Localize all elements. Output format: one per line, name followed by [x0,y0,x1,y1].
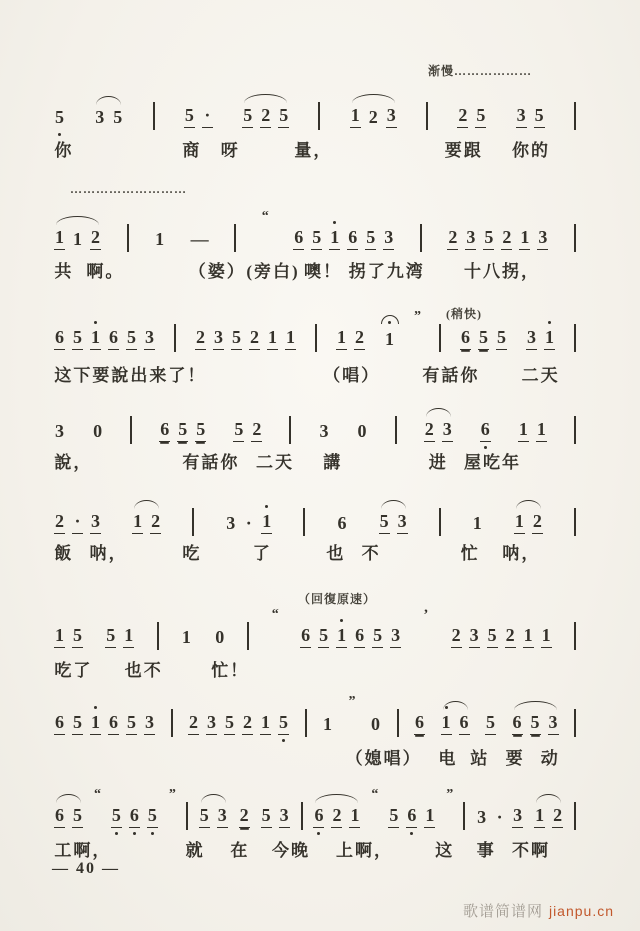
notation-line-5: 2·3123·1653112 [54,502,576,534]
note: 2 [552,804,563,828]
lyric-word: 噢！ [304,257,342,282]
note: 6 [460,326,471,350]
note: 2 [354,326,365,350]
note-group: — [191,228,209,250]
note: 6 [480,418,491,442]
lyrics-line-6: 吃了也不忙！ [0,656,640,682]
note: 3 [383,226,394,250]
note: 1 [384,328,395,350]
note: 3 [217,804,228,828]
note: 5 [147,804,158,828]
lyrics-line-3: 这下要說出来了！（唱）有話你二天 [0,361,640,387]
lyric-word: 呀 [221,136,240,161]
note: 5 [365,226,376,250]
note: 5 [372,624,383,648]
barline [171,709,173,737]
note: 5 [278,104,289,128]
note-group: 3 [54,420,65,442]
barline [305,709,307,737]
lyrics-line-5: 飯呐，吃了也不忙呐， [0,539,640,565]
lyric-word: 要 [506,744,525,769]
note: 5 [177,418,188,442]
note-group: 0 [357,420,368,442]
lyrics-line-8: 工啊，就在今晚上啊，这事不啊 [0,836,640,862]
note: 6 [300,624,311,648]
notation-line-4: 30655523023611 [54,410,576,442]
lyric-word: 动 [541,744,560,769]
note: 6 [159,418,170,442]
barline [574,802,576,830]
notation-line-8: 65“565”53253621“561”3·312 [54,796,576,828]
note-group: 0 [92,420,103,442]
note: 5 [318,624,329,648]
note: 6 [108,711,119,735]
note: 6 [293,226,304,250]
note: 3 [537,226,548,250]
note: 6 [414,711,425,735]
note: 2 [368,106,379,128]
note: 6 [336,512,347,534]
lyrics-line-2: 共啊。（婆）(旁白)噢！拐了九湾十八拐， [0,257,640,283]
note-group: 655 [159,418,206,442]
watermark-site: 歌谱简谱网 [463,904,543,920]
note: 5 [126,711,137,735]
note-group: 6 [414,711,425,735]
lyric-word: 这下要說出来了！ [54,361,206,386]
lyric-word: （媳唱） [346,744,422,769]
lyric-word: 上啊， [336,836,393,861]
note: 5 [530,711,541,735]
note-group: 1 [181,626,192,648]
note: 6 [108,326,119,350]
note: 2 [239,804,250,828]
notation-line-1: 5355·5251232535 [54,96,576,128]
note-group: 235211 [195,326,296,350]
lyric-word: 拐了九湾 [349,257,425,282]
lyric-word: 講 [323,448,342,473]
note: 2 [251,418,262,442]
barline [247,622,249,650]
note: 5 [487,624,498,648]
note: 1 [72,228,83,250]
note: 1 [350,104,361,128]
note: 2 [249,326,260,350]
note: 2 [242,711,253,735]
note: 5 [72,624,83,648]
slur-group: 12 [514,510,543,534]
quote-mark: ” [446,787,452,803]
slur-group: 621 [313,804,360,828]
barline [574,224,576,252]
lyric-word: 也不 [125,656,163,681]
note: 6 [347,226,358,250]
lyric-word: (旁白) [246,257,299,282]
note: 1 [132,510,143,534]
note: 6 [54,804,65,828]
slur-group: 112 [54,226,101,250]
note: 0 [370,713,381,735]
note: 1 [260,711,271,735]
note: 1 [267,326,278,350]
note: 6 [354,624,365,648]
note: 3 [397,510,408,534]
barline [130,416,132,444]
note: 2 [195,326,206,350]
note: 1 [424,804,435,828]
note: 5 [478,326,489,350]
barline [439,324,441,352]
note: 1 [349,804,360,828]
lyric-word: 有話你 [182,448,239,473]
note: 2 [532,510,543,534]
note: 2 [90,226,101,250]
note: 1 [154,228,165,250]
note: 1 [441,711,452,735]
note: 3 [318,420,329,442]
slur-group: 525 [242,104,289,128]
note-group: 3·1 [225,510,272,534]
barline [301,802,303,830]
note: 6 [459,711,470,735]
note-group: 1 [384,328,395,350]
note: 1 [261,510,272,534]
barline [186,802,188,830]
quote-mark: “ [262,209,268,225]
barline [157,622,159,650]
note: 3 [476,806,487,828]
slur-group: 53 [199,804,228,828]
lyric-word: 这 [435,836,454,861]
note: 1 [541,624,552,648]
quote-mark: “ [272,607,278,623]
dot-note: · [72,510,83,534]
note-group: 53 [261,804,290,828]
note-group: 655 [460,326,507,350]
note: 1 [90,326,101,350]
watermark: 歌谱简谱网jianpu.cn [463,900,614,921]
lyric-word: 吃了 [54,656,92,681]
note-group: 52 [233,418,262,442]
note: 1 [90,711,101,735]
lyric-word: 要跟 [445,136,483,161]
note: 5 [72,326,83,350]
note: 1 [322,713,333,735]
note: 3 [469,624,480,648]
note: 1 [329,226,340,250]
lyric-word: 也 [326,539,345,564]
note: 3 [516,104,527,128]
lyric-word: 站 [470,744,489,769]
lyric-word: 十八拐， [464,257,540,282]
note: 5 [233,418,244,442]
note: 2 [188,711,199,735]
lyric-word: 呐， [90,539,128,564]
note-group: 2 [239,804,250,828]
note: 1 [54,624,65,648]
note-group: 1 [322,713,333,735]
quote-mark: “ [371,787,377,803]
dot-note: · [202,104,213,128]
lyric-word: 二天 [256,448,294,473]
barline [574,622,576,650]
barline [289,416,291,444]
note: 5 [242,104,253,128]
barline [395,416,397,444]
note: 1 [534,804,545,828]
note: 5 [72,804,83,828]
note-group: 35 [516,104,545,128]
note: 2 [501,226,512,250]
note-group: 5 [485,711,496,735]
note: 5 [54,106,65,128]
note-group: 235213 [447,226,548,250]
note: 5 [379,510,390,534]
lyric-word: 不 [362,539,381,564]
slur-group: 65 [54,804,83,828]
sheet-music-page: 渐慢………………5355·5251232535你商呀量，要跟你的……………………… [0,0,640,931]
lyric-word: （唱） [323,361,380,386]
note: 2 [451,624,462,648]
note: 3 [465,226,476,250]
note: 1 [519,226,530,250]
note-group: 6 [336,512,347,534]
note: 5 [261,804,272,828]
note-group: 31 [526,326,555,350]
lyric-word: 事 [477,836,496,861]
note-group: 11 [518,418,547,442]
lyrics-line-4: 說，有話你二天講进屋吃年 [0,448,640,474]
lyric-word: 就 [186,836,205,861]
note-group: 235215 [188,711,289,735]
note: 3 [54,420,65,442]
note: 3 [206,711,217,735]
tempo-annotation: ……………………… [70,182,187,197]
barline [439,508,441,536]
note-group: 235211 [451,624,552,648]
tempo-annotation: 渐慢……………… [428,62,532,79]
lyric-word: 有話你 [422,361,479,386]
lyric-word: 忙 [461,539,480,564]
lyric-word: 吃 [182,539,201,564]
note: 3 [90,510,101,534]
note: 5 [111,804,122,828]
note-group: 25 [457,104,486,128]
lyric-word: 量， [294,136,332,161]
note: 1 [523,624,534,648]
note: 3 [279,804,290,828]
lyric-word: 在 [230,836,249,861]
note: 5 [311,226,322,250]
note-group: 565 [111,804,158,828]
note: 3 [548,711,559,735]
note: 1 [336,624,347,648]
note: 5 [534,104,545,128]
note: 6 [406,804,417,828]
note-group: 651653 [54,326,155,350]
barline [574,416,576,444]
note: 1 [54,226,65,250]
note-group: 651653 [293,226,394,250]
note: 5 [184,104,195,128]
notation-line-6: 155110“651653’235211 [54,616,576,648]
page-number: — 40 — [52,860,120,878]
note: 6 [313,804,324,828]
barline [574,102,576,130]
watermark-url: jianpu.cn [549,903,614,919]
lyric-word: 飯 [54,539,73,564]
note: 2 [331,804,342,828]
notation-line-2: 1121—“651653235213 [54,218,576,250]
note: 1 [518,418,529,442]
slur-group: 12 [534,804,563,828]
slur-group: 23 [424,418,453,442]
note-group: 561 [388,804,435,828]
note-group: 651653 [300,624,401,648]
note: 5 [496,326,507,350]
note: 6 [512,711,523,735]
note: 5 [224,711,235,735]
lyric-word: 說， [54,448,92,473]
lyric-word: 电 [438,744,457,769]
note-group: 12 [336,326,365,350]
note: 5 [199,804,210,828]
note-group: 0 [214,626,225,648]
quote-mark: ” [169,787,175,803]
note: 2 [447,226,458,250]
note: 0 [92,420,103,442]
barline [153,102,155,130]
note: 1 [181,626,192,648]
lyric-word: 工啊， [54,836,111,861]
barline [574,508,576,536]
note-group: 15 [54,624,83,648]
note: 1 [123,624,134,648]
slur-group: 12 [132,510,161,534]
note: 3 [225,512,236,534]
lyric-word: 今晚 [272,836,310,861]
note: 5 [388,804,399,828]
note: 1 [472,512,483,534]
note: 5 [112,106,123,128]
note: 2 [150,510,161,534]
dash-note: — [191,228,209,250]
note-group: 3 [318,420,329,442]
barline [574,324,576,352]
lyrics-line-7: （媳唱）电站要动 [0,744,640,770]
barline [174,324,176,352]
note: 5 [72,711,83,735]
note: 0 [357,420,368,442]
barline [574,709,576,737]
lyric-word: 你 [54,136,73,161]
slur-group: 123 [350,104,397,128]
quote-mark: “ [94,787,100,803]
note: 1 [336,326,347,350]
note-group: 51 [105,624,134,648]
quote-mark: ” [349,694,355,710]
barline [127,224,129,252]
note-group: 0 [370,713,381,735]
lyric-word: 呐， [502,539,540,564]
note: 5 [278,711,289,735]
breath-mark: ’ [423,607,428,624]
note: 3 [144,326,155,350]
barline [426,102,428,130]
note: 5 [475,104,486,128]
barline [315,324,317,352]
note: 2 [54,510,65,534]
note: 5 [483,226,494,250]
barline [303,508,305,536]
note-group: 5 [54,106,65,128]
note-group: 3·3 [476,804,523,828]
barline [192,508,194,536]
note: 5 [126,326,137,350]
lyric-word: 啊。 [86,257,124,282]
note: 1 [285,326,296,350]
note-group: 651653 [54,711,155,735]
barline [397,709,399,737]
note: 6 [54,326,65,350]
lyric-word: 共 [54,257,73,282]
note: 3 [94,106,105,128]
note: 1 [544,326,555,350]
note-group: 6 [480,418,491,442]
note: 2 [457,104,468,128]
lyric-word: （婆） [189,257,246,282]
note: 2 [260,104,271,128]
lyrics-line-1: 你商呀量，要跟你的 [0,136,640,162]
note: 3 [442,418,453,442]
lyric-word: 不啊 [512,836,550,861]
tempo-annotation: （回復原速） [298,590,376,607]
note: 3 [512,804,523,828]
note: 3 [144,711,155,735]
notation-line-3: 651653235211121”65531 [54,318,576,350]
note: 5 [485,711,496,735]
slur-group: 53 [379,510,408,534]
note: 1 [536,418,547,442]
note: 5 [231,326,242,350]
note: 1 [514,510,525,534]
barline [318,102,320,130]
note-group: 1 [154,228,165,250]
note: 2 [424,418,435,442]
note: 3 [390,624,401,648]
note: 5 [105,624,116,648]
dot-note: · [243,512,254,534]
barline [463,802,465,830]
lyric-word: 进 [429,448,448,473]
note: 3 [386,104,397,128]
lyric-word: 忙！ [211,656,249,681]
barline [420,224,422,252]
lyric-word: 你的 [512,136,550,161]
note: 6 [129,804,140,828]
barline [234,224,236,252]
note: 6 [54,711,65,735]
lyric-word: 二天 [522,361,560,386]
lyric-word: 商 [182,136,201,161]
note-group: 1 [472,512,483,534]
lyric-word: 屋吃年 [464,448,521,473]
notation-line-7: 6516532352151”06165653 [54,703,576,735]
slur-group: 35 [94,106,123,128]
note: 3 [213,326,224,350]
slur-group: 653 [512,711,559,735]
note: 5 [195,418,206,442]
note: 3 [526,326,537,350]
